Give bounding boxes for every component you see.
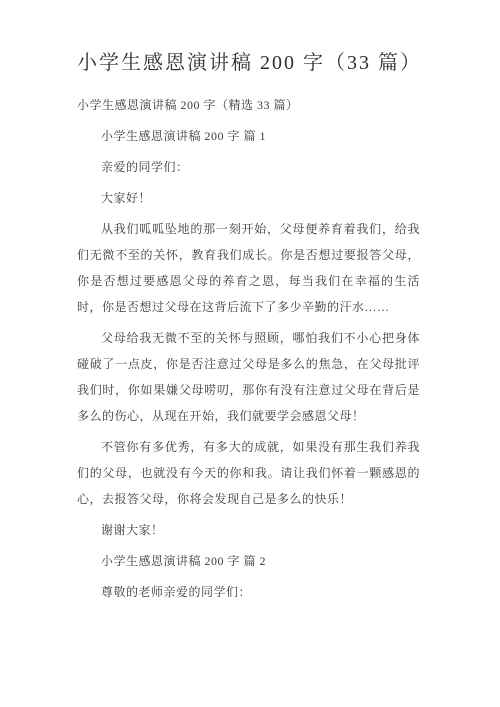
- section-1-paragraph-1: 从我们呱呱坠地的那一刻开始，父母便养育着我们，给我们无微不至的关怀，教育我们成长…: [77, 216, 420, 320]
- section-1-greeting: 大家好！: [77, 185, 420, 211]
- section-1-heading: 小学生感恩演讲稿 200 字 篇 1: [77, 123, 420, 149]
- section-1-salutation: 亲爱的同学们：: [77, 154, 420, 180]
- section-1-paragraph-2: 父母给我无微不至的关怀与照顾，哪怕我们不小心把身体碰破了一点皮，你是否注意过父母…: [77, 325, 420, 429]
- section-1-paragraph-3: 不管你有多优秀，有多大的成就，如果没有那生我们养我们的父母，也就没有今天的你和我…: [77, 434, 420, 512]
- document-subtitle: 小学生感恩演讲稿 200 字（精选 33 篇）: [77, 92, 420, 118]
- document-title: 小学生感恩演讲稿 200 字（33 篇）: [77, 48, 420, 78]
- document-page: 小学生感恩演讲稿 200 字（33 篇） 小学生感恩演讲稿 200 字（精选 3…: [0, 0, 500, 707]
- section-1-closing: 谢谢大家！: [77, 517, 420, 543]
- section-2-heading: 小学生感恩演讲稿 200 字 篇 2: [77, 548, 420, 574]
- section-2-salutation: 尊敬的老师亲爱的同学们：: [77, 579, 420, 605]
